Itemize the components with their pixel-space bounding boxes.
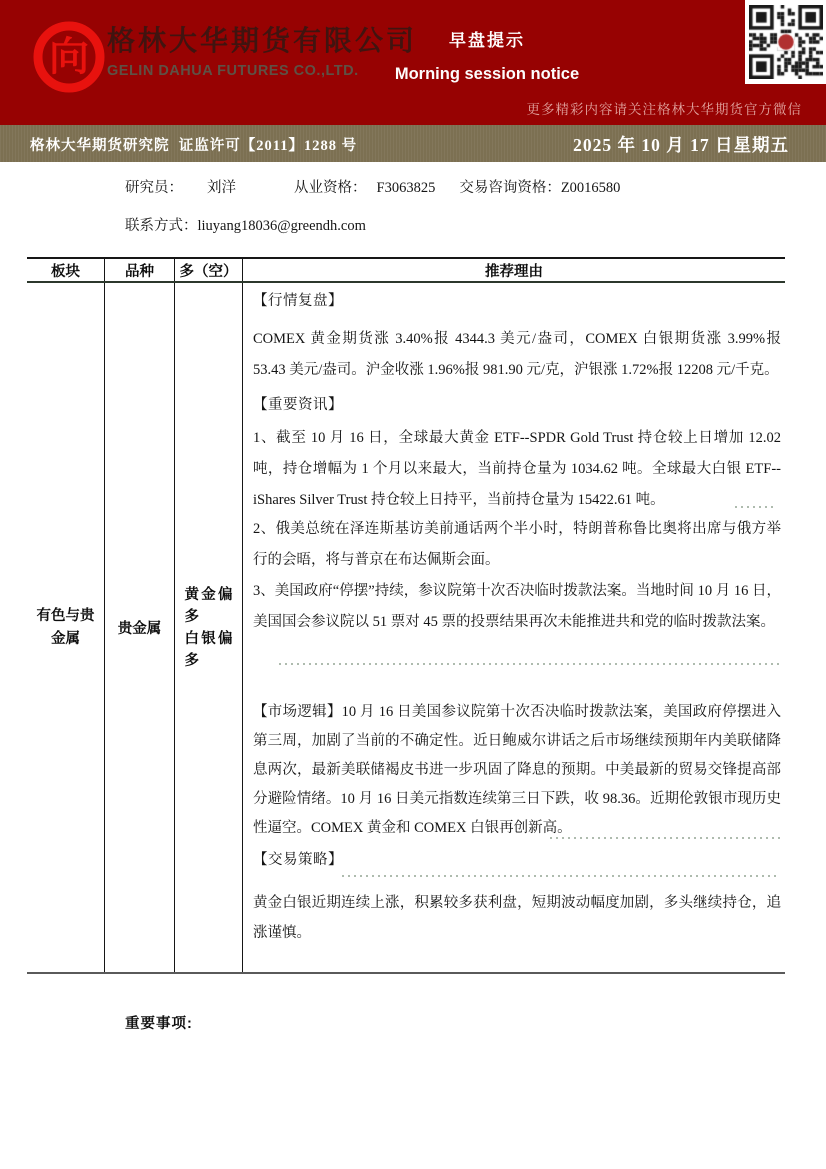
- institute-name: 格林大华期货研究院: [30, 138, 170, 154]
- qualification-number: F3063825: [377, 180, 436, 197]
- report-title-cn: 早盘提示: [330, 26, 644, 51]
- reason-para-logic: 【市场逻辑】10 月 16 日美国参议院第十次否决临时拨款法案，美国政府停摆进入…: [253, 698, 781, 843]
- report-date: 2025 年 10 月 17 日星期五: [573, 132, 789, 157]
- col-header-reason: 推荐理由: [243, 259, 785, 281]
- researcher-name: 刘洋: [207, 176, 236, 197]
- contact-email: liuyang18036@greendh.com: [198, 218, 366, 235]
- researcher-row: 研究员： 刘洋 从业资格： F3063825 交易咨询资格： Z0016580: [125, 176, 620, 197]
- reason-para-strategy: 黄金白银近期连续上涨，积累较多获利盘，短期波动幅度加剧，多头继续持仓，追涨谨慎。: [253, 888, 781, 948]
- contact-row: 联系方式： liuyang18036@greendh.com: [125, 214, 620, 235]
- advisory-number: Z0016580: [561, 180, 621, 197]
- reason-heading-review: 【行情复盘】: [253, 291, 781, 311]
- dotted-separator: [735, 506, 773, 508]
- table-row: 有色与贵金属 贵金属 黄金偏多 白银偏多 【行情复盘】 COMEX 黄金期货涨 …: [27, 283, 785, 974]
- dotted-separator: [279, 663, 782, 665]
- info-bar: 格林大华期货研究院 证监许可【2011】1288 号 2025 年 10 月 1…: [0, 125, 826, 162]
- qr-code-box: [745, 0, 826, 84]
- svg-text:向: 向: [49, 34, 89, 79]
- reason-heading-news: 【重要资讯】: [253, 395, 781, 415]
- position-value: 黄金偏多 白银偏多: [185, 584, 233, 672]
- reason-para-news-2: 2、俄美总统在泽连斯基访美前通话两个半小时，特朗普称鲁比奥将出席与俄方举行的会晤…: [253, 514, 781, 576]
- col-header-sector: 板块: [27, 259, 105, 281]
- qualification-label: 从业资格：: [294, 176, 367, 197]
- table-header-row: 板块 品种 多（空） 推荐理由: [27, 257, 785, 283]
- reason-para-news-1: 1、截至 10 月 16 日，全球最大黄金 ETF--SPDR Gold Tru…: [253, 423, 781, 516]
- reason-para-news-3: 3、美国政府“停摆”持续，参议院第十次否决临时拨款法案。当地时间 10 月 16…: [253, 576, 781, 638]
- recommendation-table: 板块 品种 多（空） 推荐理由 有色与贵金属 贵金属 黄金偏多 白银偏多 【行情…: [27, 257, 785, 976]
- page-header: 向 格林大华期货有限公司 GELIN DAHUA FUTURES CO.,LTD…: [0, 0, 826, 125]
- dotted-separator: [550, 837, 780, 839]
- reason-para-review: COMEX 黄金期货涨 3.40%报 4344.3 美元/盎司，COMEX 白银…: [253, 324, 781, 386]
- institute-license: 格林大华期货研究院 证监许可【2011】1288 号: [30, 134, 357, 155]
- morning-notice-page: { "header": { "company_name_cn": "格林大华期货…: [0, 0, 826, 1169]
- contact-label: 联系方式：: [125, 214, 198, 235]
- reason-heading-strategy: 【交易策略】: [253, 850, 781, 870]
- researcher-label: 研究员：: [125, 176, 183, 197]
- sector-value: 有色与贵金属: [35, 605, 97, 651]
- advisory-label: 交易咨询资格：: [459, 176, 561, 197]
- qr-code-icon: [749, 5, 823, 79]
- license-number: 证监许可【2011】1288 号: [179, 138, 357, 154]
- report-title-en: Morning session notice: [330, 65, 644, 84]
- position-silver: 白银偏多: [185, 628, 233, 672]
- dotted-separator: [342, 875, 779, 877]
- researcher-info: 研究员： 刘洋 从业资格： F3063825 交易咨询资格： Z0016580 …: [125, 176, 620, 235]
- cell-reason: 【行情复盘】 COMEX 黄金期货涨 3.40%报 4344.3 美元/盎司，C…: [243, 283, 785, 972]
- variety-value: 贵金属: [118, 617, 162, 638]
- col-header-position: 多（空）: [175, 259, 243, 281]
- company-logo-icon: 向: [33, 21, 105, 93]
- cell-sector: 有色与贵金属: [27, 283, 105, 972]
- cell-variety: 贵金属: [105, 283, 175, 972]
- important-items-label: 重要事项:: [125, 1012, 193, 1033]
- position-gold: 黄金偏多: [185, 584, 233, 628]
- wechat-notice: 更多精彩内容请关注格林大华期货官方微信: [527, 98, 803, 118]
- report-title-block: 早盘提示 Morning session notice: [330, 26, 644, 84]
- col-header-variety: 品种: [105, 259, 175, 281]
- cell-position: 黄金偏多 白银偏多: [175, 283, 243, 972]
